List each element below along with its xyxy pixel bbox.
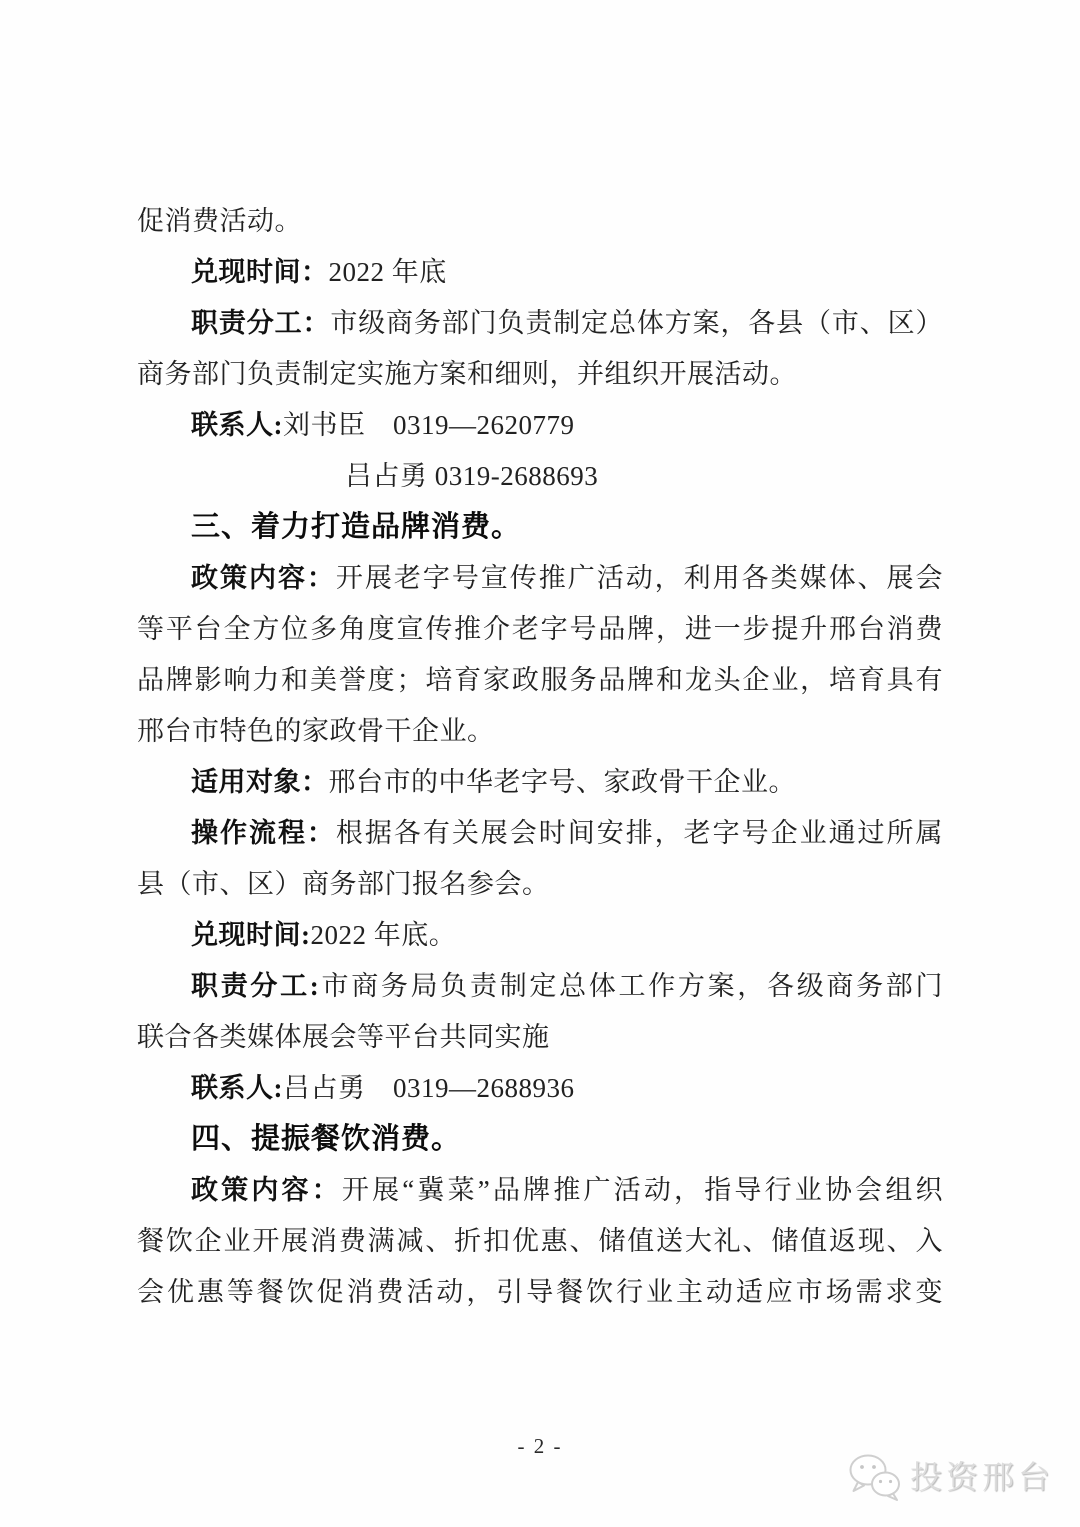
paragraph-line: 会优惠等餐饮促消费活动，引导餐饮行业主动适应市场需求变	[137, 1267, 943, 1318]
paragraph-line: 品牌影响力和美誉度；培育家政服务品牌和龙头企业，培育具有	[137, 655, 943, 706]
line-text: 根据各有关展会时间安排，老字号企业通过所属	[336, 818, 943, 848]
line-text: 2022 年底。	[311, 920, 457, 950]
contact-line: 联系人:刘书臣 0319—2620779	[137, 400, 943, 451]
paragraph-line: 餐饮企业开展消费满减、折扣优惠、储值送大礼、储值返现、入	[137, 1216, 943, 1267]
paragraph-line: 职责分工：市级商务部门负责制定总体方案，各县（市、区）	[137, 298, 943, 349]
section-heading-3: 三、着力打造品牌消费。	[137, 502, 943, 553]
contact-line: 联系人:吕占勇 0319—2688936	[137, 1063, 943, 1114]
line-text: 2022 年底	[329, 257, 447, 287]
field-label: 职责分工:	[191, 971, 319, 1001]
field-label: 适用对象：	[191, 767, 329, 797]
line-text: 餐饮企业开展消费满减、折扣优惠、储值送大礼、储值返现、入	[137, 1226, 943, 1256]
paragraph-line: 适用对象：邢台市的中华老字号、家政骨干企业。	[137, 757, 943, 808]
paragraph-line: 操作流程：根据各有关展会时间安排，老字号企业通过所属	[137, 808, 943, 859]
line-text: 促消费活动。	[137, 206, 302, 236]
line-text: 市商务局负责制定总体工作方案，各级商务部门	[319, 971, 943, 1001]
document-page: 促消费活动。 兑现时间：2022 年底 职责分工：市级商务部门负责制定总体方案，…	[0, 0, 1080, 1527]
paragraph-line: 政策内容：开展老字号宣传推广活动，利用各类媒体、展会	[137, 553, 943, 604]
line-text: 吕占勇 0319—2688936	[283, 1073, 575, 1103]
section-heading-4: 四、提振餐饮消费。	[137, 1114, 943, 1165]
paragraph-line: 政策内容：开展“冀菜”品牌推广活动，指导行业协会组织	[137, 1165, 943, 1216]
line-text: 联合各类媒体展会等平台共同实施	[137, 1022, 550, 1052]
heading-text: 三、着力打造品牌消费。	[191, 511, 521, 543]
watermark-text: 投资邢台	[910, 1461, 1054, 1493]
field-label: 兑现时间:	[191, 920, 311, 950]
line-text: 会优惠等餐饮促消费活动，引导餐饮行业主动适应市场需求变	[137, 1277, 943, 1307]
field-label: 兑现时间：	[191, 257, 329, 287]
line-text: 开展老字号宣传推广活动，利用各类媒体、展会	[336, 563, 943, 593]
field-label: 政策内容：	[191, 1175, 342, 1205]
contact-line: 吕占勇 0319-2688693	[137, 451, 943, 502]
field-label: 联系人:	[191, 410, 283, 440]
line-text: 刘书臣 0319—2620779	[283, 410, 575, 440]
line-text: 邢台市特色的家政骨干企业。	[137, 716, 495, 746]
paragraph-line: 兑现时间：2022 年底	[137, 247, 943, 298]
field-label: 政策内容：	[191, 563, 336, 593]
line-text: 开展“冀菜”品牌推广活动，指导行业协会组织	[342, 1175, 943, 1205]
line-text: 邢台市的中华老字号、家政骨干企业。	[329, 767, 797, 797]
paragraph-line: 邢台市特色的家政骨干企业。	[137, 706, 943, 757]
document-body: 促消费活动。 兑现时间：2022 年底 职责分工：市级商务部门负责制定总体方案，…	[137, 196, 943, 1318]
paragraph-line: 等平台全方位多角度宣传推介老字号品牌，进一步提升邢台消费	[137, 604, 943, 655]
paragraph-line: 职责分工:市商务局负责制定总体工作方案，各级商务部门	[137, 961, 943, 1012]
heading-text: 四、提振餐饮消费。	[191, 1123, 461, 1155]
field-label: 联系人:	[191, 1073, 283, 1103]
wechat-icon	[847, 1452, 903, 1502]
paragraph-line: 兑现时间:2022 年底。	[137, 910, 943, 961]
watermark: 投资邢台	[847, 1452, 1054, 1502]
paragraph-line: 促消费活动。	[137, 196, 943, 247]
paragraph-line: 联合各类媒体展会等平台共同实施	[137, 1012, 943, 1063]
field-label: 职责分工：	[191, 308, 330, 338]
line-text: 等平台全方位多角度宣传推介老字号品牌，进一步提升邢台消费	[137, 614, 943, 644]
line-text: 商务部门负责制定实施方案和细则，并组织开展活动。	[137, 359, 797, 389]
line-text: 县（市、区）商务部门报名参会。	[137, 869, 550, 899]
paragraph-line: 商务部门负责制定实施方案和细则，并组织开展活动。	[137, 349, 943, 400]
paragraph-line: 县（市、区）商务部门报名参会。	[137, 859, 943, 910]
line-text: 吕占勇 0319-2688693	[345, 461, 598, 491]
line-text: 品牌影响力和美誉度；培育家政服务品牌和龙头企业，培育具有	[137, 665, 943, 695]
line-text: 市级商务部门负责制定总体方案，各县（市、区）	[330, 308, 943, 338]
field-label: 操作流程：	[191, 818, 336, 848]
